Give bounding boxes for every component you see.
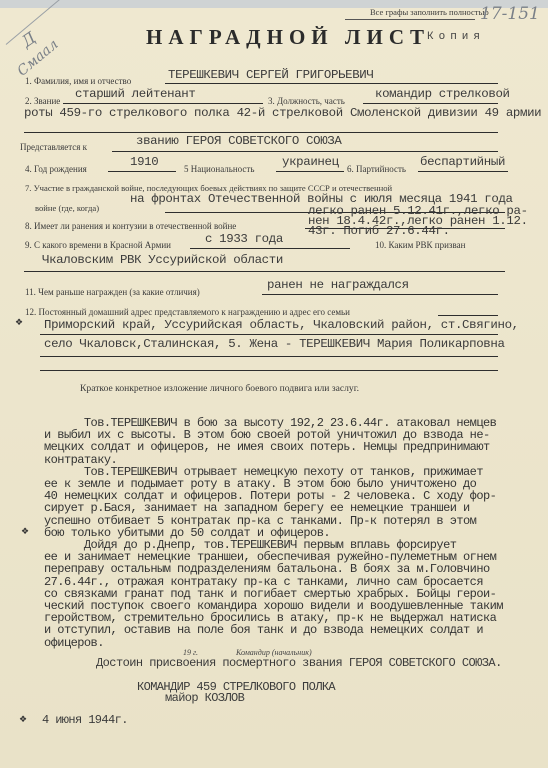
field-3-value: командир стрелковой <box>375 87 510 101</box>
narrative-line: мецких солдат и офицеров, не имея своих … <box>44 441 514 453</box>
field-1-value: ТЕРЕШКЕВИЧ СЕРГЕЙ ГРИГОРЬЕВИЧ <box>168 68 373 82</box>
field-1-rule <box>165 83 498 84</box>
field-6-rule <box>418 171 508 172</box>
copy-label: Копия <box>427 31 485 43</box>
field-5-label: 5 Национальность <box>184 164 254 174</box>
field-5-rule <box>276 171 344 172</box>
field-12-rule-2 <box>40 356 498 357</box>
field-3-rule-2 <box>24 132 498 133</box>
punch-mark-icon: ❖ <box>15 317 23 328</box>
field-7-label-2: войне (где, когда) <box>35 203 99 213</box>
header-note: Все графы заполнить полностью <box>370 7 489 17</box>
field-8-value-line-3: 43г. Погиб 27.6.44г. <box>308 224 450 238</box>
field-4-rule <box>108 171 176 172</box>
field-12-rule-3 <box>40 370 498 371</box>
field-10-value: Чкаловским РВК Уссурийской области <box>42 253 283 267</box>
field-1-label: 1. Фамилия, имя и отчество <box>25 76 131 86</box>
narrative-line: переправу остальным подразделениям батал… <box>44 563 514 575</box>
field-12-value-line-1: Приморский край, Уссурийская область, Чк… <box>44 318 519 332</box>
narrative-line: успешно отбивает 5 контратак пр-ка с тан… <box>44 515 514 527</box>
narrative-line: сирует р.Бася, занимает на западном бере… <box>44 502 514 514</box>
field-11-label: 11. Чем раньше награжден (за какие отлич… <box>25 287 200 297</box>
punch-mark-icon: ❖ <box>19 714 27 725</box>
field-11-rule <box>262 294 498 295</box>
field-4-label: 4. Год рождения <box>25 164 87 174</box>
document-title: НАГРАДНОЙ ЛИСТ <box>146 25 430 50</box>
narrative-heading: Краткое конкретное изложение личного бое… <box>80 383 359 394</box>
field-2-rule <box>63 103 263 104</box>
field-10-rule <box>24 271 505 272</box>
field-3-label: 3. Должность, часть <box>268 96 345 106</box>
field-11-value: ранен не награждался <box>267 278 409 292</box>
nominated-rule <box>112 151 498 152</box>
field-6-label: 6. Партийность <box>347 164 406 174</box>
field-6-value: беспартийный <box>420 155 505 169</box>
field-2-label: 2. Звание <box>25 96 60 106</box>
nominated-value: званию ГЕРОЯ СОВЕТСКОГО СОЮЗА <box>136 134 341 148</box>
narrative-line: контратаку. <box>44 454 514 466</box>
field-9-value: с 1933 года <box>205 232 283 246</box>
field-9-rule <box>190 248 350 249</box>
field-4-value: 1910 <box>130 155 158 169</box>
narrative-line: 27.6.44г., отражая контратаку пр-ка с та… <box>44 576 514 588</box>
header-note-rule <box>345 19 475 20</box>
document-date: 4 июня 1944г. <box>42 713 128 727</box>
nominated-label: Представляется к <box>20 142 87 152</box>
award-sheet-page: Все графы заполнить полностью 17-151 Д С… <box>0 8 548 768</box>
field-5-value: украинец <box>282 155 339 169</box>
field-12-label: 12. Постоянный домашний адрес представля… <box>25 307 350 317</box>
field-12-value-line-2: село Чкаловск,Сталинская, 5. Жена - ТЕРЕ… <box>44 337 505 351</box>
narrative-body: Тов.ТЕРЕШКЕВИЧ в бою за высоту 192,2 23.… <box>44 417 514 649</box>
field-10-label: 10. Каким РВК призван <box>375 240 465 250</box>
narrative-line: и отступил, оставив на поле боя танк и д… <box>44 624 514 636</box>
archive-number: 17-151 <box>480 4 540 24</box>
punch-mark-icon: ❖ <box>21 526 29 537</box>
field-12-rule-1 <box>40 334 498 335</box>
field-2-value: старший лейтенант <box>75 87 195 101</box>
field-8-label: 8. Имеет ли ранения и контузии в отечест… <box>25 221 236 231</box>
verdict: Достоин присвоения посмертного звания ГЕ… <box>96 656 502 670</box>
signature-name: майор КОЗЛОВ <box>165 691 244 705</box>
field-3-value-continued: роты 459-го стрелкового полка 42-й стрел… <box>24 106 541 120</box>
field-9-label: 9. С какого времени в Красной Армии <box>25 240 171 250</box>
field-3-rule <box>363 103 498 104</box>
field-12-rule-0 <box>438 315 498 316</box>
